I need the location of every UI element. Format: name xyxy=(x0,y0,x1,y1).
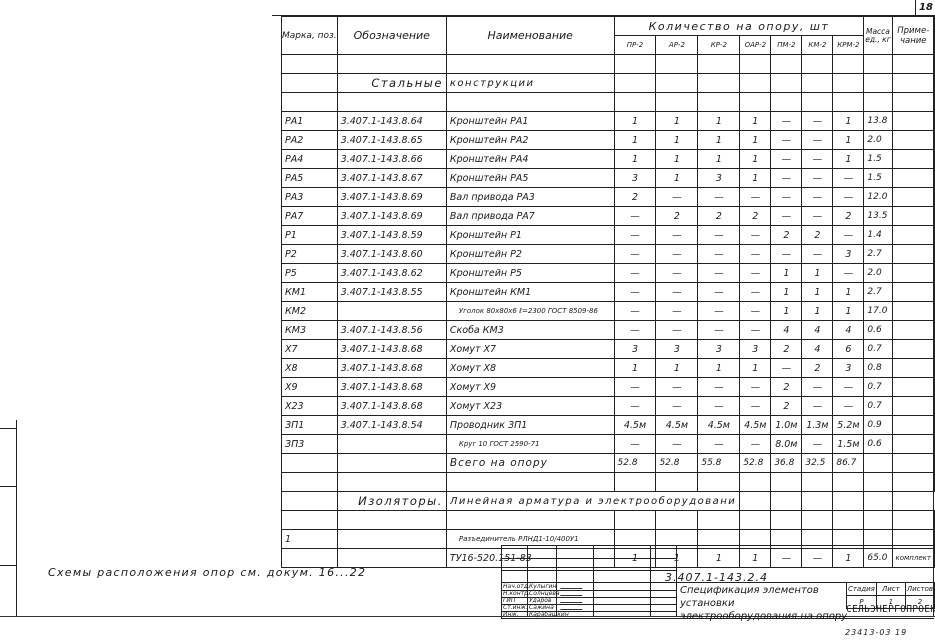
mark-cell: РА5 xyxy=(282,169,338,188)
table-row: Х73.407.1-143.8.68Хомут Х733332460.7 xyxy=(282,340,935,359)
empty-cell xyxy=(337,454,446,473)
qty-cell: — xyxy=(771,131,802,150)
table-row: ЗП3Круг 10 ГОСТ 2590-71————8.0м—1.5м0.6 xyxy=(282,435,935,454)
total-qty-cell: 52.8 xyxy=(656,454,698,473)
empty-cell xyxy=(892,454,935,473)
header-qty-col: ПР-2 xyxy=(614,36,656,55)
qty-cell: 2 xyxy=(614,188,656,207)
note-cell xyxy=(892,302,935,321)
qty-cell: — xyxy=(698,321,740,340)
qty-cell: 2 xyxy=(771,226,802,245)
qty-cell: — xyxy=(740,321,771,340)
mass-cell: 0.7 xyxy=(864,397,892,416)
qty-cell: 1 xyxy=(740,131,771,150)
total-label: Всего на опору xyxy=(446,454,614,473)
empty-cell xyxy=(656,511,698,530)
table-row: КМ13.407.1-143.8.55Кронштейн КМ1————1112… xyxy=(282,283,935,302)
qty-cell: — xyxy=(698,188,740,207)
designation-cell xyxy=(337,435,446,454)
designation-cell xyxy=(337,530,446,549)
name-cell: Хомут Х23 xyxy=(446,397,614,416)
name-cell: Кронштейн РА2 xyxy=(446,131,614,150)
empty-cell xyxy=(864,454,892,473)
note-cell xyxy=(892,283,935,302)
qty-cell: 1 xyxy=(614,131,656,150)
qty-cell: 1 xyxy=(802,302,833,321)
qty-cell: 3 xyxy=(833,245,864,264)
mark-cell: Х23 xyxy=(282,397,338,416)
empty-cell xyxy=(698,74,740,93)
qty-cell: — xyxy=(614,264,656,283)
empty-cell xyxy=(771,492,802,511)
header-mark: Марка, поз. xyxy=(282,17,338,55)
empty-cell xyxy=(864,74,892,93)
signature-role: Нач.отд. xyxy=(503,583,530,590)
signature-name: Ударов xyxy=(529,597,552,604)
qty-cell: 1.0м xyxy=(771,416,802,435)
empty-cell xyxy=(282,93,338,112)
empty-cell xyxy=(698,93,740,112)
name-cell: Кронштейн Р1 xyxy=(446,226,614,245)
qty-cell: 1 xyxy=(740,150,771,169)
qty-cell: — xyxy=(740,245,771,264)
qty-cell: — xyxy=(656,397,698,416)
qty-cell: — xyxy=(740,264,771,283)
qty-cell: 2 xyxy=(833,207,864,226)
qty-cell: 3 xyxy=(833,359,864,378)
qty-cell: 2 xyxy=(771,378,802,397)
qty-cell: 2 xyxy=(771,397,802,416)
qty-cell: — xyxy=(656,283,698,302)
name-cell: Вал привода РА7 xyxy=(446,207,614,226)
qty-cell: — xyxy=(656,378,698,397)
empty-cell xyxy=(740,511,771,530)
qty-cell: 1 xyxy=(740,169,771,188)
mass-cell: 12.0 xyxy=(864,188,892,207)
qty-cell: 1 xyxy=(833,150,864,169)
qty-cell: — xyxy=(614,226,656,245)
designation-cell xyxy=(337,302,446,321)
empty-cell xyxy=(282,492,338,511)
qty-cell: 4.5м xyxy=(614,416,656,435)
qty-cell: 1 xyxy=(771,283,802,302)
qty-cell: — xyxy=(802,397,833,416)
empty-cell xyxy=(740,74,771,93)
qty-cell: 3 xyxy=(614,169,656,188)
note-cell xyxy=(892,207,935,226)
empty-cell xyxy=(337,511,446,530)
qty-cell: 1 xyxy=(802,264,833,283)
empty-cell xyxy=(282,511,338,530)
qty-cell: 4 xyxy=(833,321,864,340)
section-row: Изоляторы.Линейная арматура и электрообо… xyxy=(282,492,935,511)
qty-cell: — xyxy=(802,245,833,264)
mass-cell: 2.7 xyxy=(864,283,892,302)
designation-cell: 3.407.1-143.8.62 xyxy=(337,264,446,283)
designation-cell: 3.407.1-143.8.66 xyxy=(337,150,446,169)
qty-cell: — xyxy=(656,188,698,207)
empty-cell xyxy=(833,55,864,74)
empty-cell xyxy=(446,93,614,112)
table-row: Х83.407.1-143.8.68Хомут Х81111—230.8 xyxy=(282,359,935,378)
qty-cell: 2 xyxy=(698,207,740,226)
qty-cell: 6 xyxy=(833,340,864,359)
name-cell: Кронштейн РА1 xyxy=(446,112,614,131)
empty-cell xyxy=(656,74,698,93)
section-row: Стальныеконструкции xyxy=(282,74,935,93)
table-row: Р13.407.1-143.8.59Кронштейн Р1————22—1.4 xyxy=(282,226,935,245)
empty-cell xyxy=(833,473,864,492)
empty-cell xyxy=(892,74,935,93)
qty-cell: 1 xyxy=(656,359,698,378)
qty-cell: — xyxy=(698,264,740,283)
signature-mark xyxy=(560,591,584,596)
empty-cell xyxy=(614,74,656,93)
qty-cell: — xyxy=(698,245,740,264)
qty-cell: 1 xyxy=(833,302,864,321)
qty-cell: — xyxy=(833,188,864,207)
qty-cell: 4 xyxy=(771,321,802,340)
mark-cell: Х8 xyxy=(282,359,338,378)
qty-cell: 1 xyxy=(771,302,802,321)
qty-cell: 1 xyxy=(740,112,771,131)
header-qty-col: КР-2 xyxy=(698,36,740,55)
signature-row: Инж.Карабашкин xyxy=(501,611,676,619)
empty-cell xyxy=(614,93,656,112)
empty-cell xyxy=(864,93,892,112)
mass-cell: 2.7 xyxy=(864,245,892,264)
qty-cell: 1 xyxy=(833,131,864,150)
name-cell: Хомут Х7 xyxy=(446,340,614,359)
mass-cell: 0.6 xyxy=(864,321,892,340)
name-cell: Вал привода РА3 xyxy=(446,188,614,207)
empty-cell xyxy=(892,473,935,492)
empty-cell xyxy=(833,492,864,511)
qty-cell: 1 xyxy=(833,283,864,302)
footnote: Схемы расположения опор см. докум. 16...… xyxy=(48,566,366,579)
qty-cell: 2 xyxy=(802,359,833,378)
table-row: РА53.407.1-143.8.67Кронштейн РА53131———1… xyxy=(282,169,935,188)
empty-cell xyxy=(864,55,892,74)
qty-cell: — xyxy=(698,378,740,397)
qty-cell: — xyxy=(614,283,656,302)
section-title-left: Изоляторы. xyxy=(337,492,446,511)
empty-cell xyxy=(740,492,771,511)
empty-cell xyxy=(656,473,698,492)
header-qty-col: ПМ-2 xyxy=(771,36,802,55)
qty-cell: — xyxy=(614,321,656,340)
note-cell xyxy=(892,340,935,359)
qty-cell: — xyxy=(698,283,740,302)
header-qty-col: ОАР-2 xyxy=(740,36,771,55)
mass-cell: 17.0 xyxy=(864,302,892,321)
designation-cell: 3.407.1-143.8.68 xyxy=(337,378,446,397)
mark-cell xyxy=(282,549,338,568)
total-qty-cell: 86.7 xyxy=(833,454,864,473)
empty-cell xyxy=(802,55,833,74)
qty-cell: — xyxy=(802,150,833,169)
mass-cell: 2.0 xyxy=(864,131,892,150)
signature-mark xyxy=(560,584,584,589)
table-row: РА73.407.1-143.8.69Вал привода РА7—222——… xyxy=(282,207,935,226)
designation-cell: 3.407.1-143.8.65 xyxy=(337,131,446,150)
total-row: Всего на опору52.852.855.852.836.832.586… xyxy=(282,454,935,473)
name-cell: Проводник ЗП1 xyxy=(446,416,614,435)
qty-cell: 2 xyxy=(656,207,698,226)
qty-cell: 2 xyxy=(802,226,833,245)
empty-cell xyxy=(771,74,802,93)
mark-cell: КМ1 xyxy=(282,283,338,302)
note-cell xyxy=(892,397,935,416)
mass-cell: 0.8 xyxy=(864,359,892,378)
mark-cell: КМ2 xyxy=(282,302,338,321)
qty-cell: — xyxy=(656,264,698,283)
table-row: ЗП13.407.1-143.8.54Проводник ЗП14.5м4.5м… xyxy=(282,416,935,435)
empty-row xyxy=(282,511,935,530)
qty-cell: 3 xyxy=(740,340,771,359)
designation-cell: 3.407.1-143.8.68 xyxy=(337,340,446,359)
qty-cell: — xyxy=(833,226,864,245)
mass-cell: 2.0 xyxy=(864,264,892,283)
note-cell xyxy=(892,435,935,454)
qty-cell: 1 xyxy=(698,112,740,131)
qty-cell: 1 xyxy=(740,359,771,378)
section-title-right: Линейная арматура и электрооборудовани xyxy=(446,492,739,511)
table-row: РА33.407.1-143.8.69Вал привода РА32—————… xyxy=(282,188,935,207)
name-cell: Уголок 80х80х6 ℓ=2300 ГОСТ 8509-86 xyxy=(446,302,614,321)
header-qty-col: КМ-2 xyxy=(802,36,833,55)
qty-cell: 1.5м xyxy=(833,435,864,454)
qty-cell: — xyxy=(802,131,833,150)
name-cell: Кронштейн Р2 xyxy=(446,245,614,264)
qty-cell: 1 xyxy=(656,112,698,131)
empty-cell xyxy=(614,55,656,74)
total-qty-cell: 55.8 xyxy=(698,454,740,473)
name-cell: Хомут Х8 xyxy=(446,359,614,378)
empty-cell xyxy=(864,473,892,492)
empty-cell xyxy=(282,473,338,492)
empty-row xyxy=(282,473,935,492)
qty-cell: — xyxy=(802,207,833,226)
qty-cell: — xyxy=(771,359,802,378)
qty-cell: 8.0м xyxy=(771,435,802,454)
empty-cell xyxy=(337,55,446,74)
qty-cell: 1 xyxy=(614,150,656,169)
empty-cell xyxy=(833,74,864,93)
note-cell xyxy=(892,112,935,131)
note-cell xyxy=(892,321,935,340)
table-row: Х93.407.1-143.8.68Хомут Х9————2——0.7 xyxy=(282,378,935,397)
header-name: Наименование xyxy=(446,17,614,55)
total-qty-cell: 52.8 xyxy=(614,454,656,473)
qty-cell: — xyxy=(656,302,698,321)
signature-mark xyxy=(560,598,584,603)
qty-cell: — xyxy=(771,169,802,188)
designation-cell: 3.407.1-143.8.55 xyxy=(337,283,446,302)
header-qty-col: АР-2 xyxy=(656,36,698,55)
header-quantity: Количество на опору, шт xyxy=(614,17,864,36)
drawing-title: Спецификация элементов установки электро… xyxy=(676,584,854,624)
note-cell xyxy=(892,131,935,150)
qty-cell: — xyxy=(802,188,833,207)
designation-cell: 3.407.1-143.8.64 xyxy=(337,112,446,131)
designation-cell: 3.407.1-143.8.59 xyxy=(337,226,446,245)
empty-cell xyxy=(892,511,935,530)
qty-cell: — xyxy=(833,378,864,397)
mass-cell: 1.4 xyxy=(864,226,892,245)
qty-cell: — xyxy=(771,150,802,169)
mark-cell: РА4 xyxy=(282,150,338,169)
designation-cell: 3.407.1-143.8.67 xyxy=(337,169,446,188)
empty-cell xyxy=(802,93,833,112)
designation-cell: 3.407.1-143.8.60 xyxy=(337,245,446,264)
empty-cell xyxy=(614,473,656,492)
designation-cell: 3.407.1-143.8.69 xyxy=(337,188,446,207)
qty-cell: 1 xyxy=(614,112,656,131)
name-cell: Кронштейн РА4 xyxy=(446,150,614,169)
organization-name: СЕЛЬЭНЕРГОПРОЕКТ xyxy=(846,604,933,615)
mark-cell: ЗП1 xyxy=(282,416,338,435)
signature-role: ГИП xyxy=(503,597,515,604)
qty-cell: — xyxy=(740,283,771,302)
qty-cell: — xyxy=(656,245,698,264)
section-title-right: конструкции xyxy=(446,74,614,93)
empty-cell xyxy=(282,454,338,473)
designation-cell: 3.407.1-143.8.56 xyxy=(337,321,446,340)
qty-cell: — xyxy=(740,397,771,416)
header-note: Приме-чание xyxy=(892,17,935,55)
mark-cell: Р2 xyxy=(282,245,338,264)
qty-cell: — xyxy=(656,226,698,245)
table-row: РА23.407.1-143.8.65Кронштейн РА21111——12… xyxy=(282,131,935,150)
name-cell: Круг 10 ГОСТ 2590-71 xyxy=(446,435,614,454)
empty-cell xyxy=(740,473,771,492)
mark-cell: РА7 xyxy=(282,207,338,226)
empty-cell xyxy=(892,93,935,112)
qty-cell: — xyxy=(614,245,656,264)
qty-cell: — xyxy=(771,188,802,207)
qty-cell: 3 xyxy=(698,169,740,188)
mass-cell: 0.6 xyxy=(864,435,892,454)
qty-cell: — xyxy=(614,378,656,397)
qty-cell: 2 xyxy=(771,340,802,359)
empty-cell xyxy=(771,55,802,74)
header-qty-col: КРМ-2 xyxy=(833,36,864,55)
note-cell xyxy=(892,226,935,245)
qty-cell: 4.5м xyxy=(740,416,771,435)
mark-cell: РА1 xyxy=(282,112,338,131)
qty-cell: — xyxy=(656,321,698,340)
stage-label: Стадия xyxy=(847,583,877,596)
table-row: РА13.407.1-143.8.64Кронштейн РА11111——11… xyxy=(282,112,935,131)
document-code: 3.407.1-143.2.4 xyxy=(665,571,768,584)
empty-cell xyxy=(771,473,802,492)
note-cell xyxy=(892,378,935,397)
mass-cell: 0.7 xyxy=(864,378,892,397)
mark-cell: Р1 xyxy=(282,226,338,245)
qty-cell: 1 xyxy=(698,131,740,150)
qty-cell: — xyxy=(740,302,771,321)
empty-cell xyxy=(698,55,740,74)
qty-cell: — xyxy=(614,207,656,226)
total-qty-cell: 32.5 xyxy=(802,454,833,473)
qty-cell: 1 xyxy=(802,283,833,302)
header-designation: Обозначение xyxy=(337,17,446,55)
qty-cell: — xyxy=(614,435,656,454)
empty-cell xyxy=(337,473,446,492)
mark-cell: Х9 xyxy=(282,378,338,397)
qty-cell: — xyxy=(698,302,740,321)
qty-cell: 4 xyxy=(802,321,833,340)
total-qty-cell: 36.8 xyxy=(771,454,802,473)
empty-cell xyxy=(864,492,892,511)
empty-cell xyxy=(282,55,338,74)
sheets-label: Листов xyxy=(905,583,934,596)
empty-row xyxy=(282,93,935,112)
qty-cell: — xyxy=(833,397,864,416)
note-cell xyxy=(892,416,935,435)
section-title-left: Стальные xyxy=(337,74,446,93)
empty-cell xyxy=(656,55,698,74)
qty-cell: 1 xyxy=(656,169,698,188)
qty-cell: — xyxy=(771,207,802,226)
signature-role: Ст.инж. xyxy=(503,604,528,611)
empty-cell xyxy=(446,511,614,530)
qty-cell: — xyxy=(740,188,771,207)
empty-cell xyxy=(740,55,771,74)
qty-cell: — xyxy=(698,226,740,245)
qty-cell: — xyxy=(614,302,656,321)
designation-cell: 3.407.1-143.8.68 xyxy=(337,359,446,378)
qty-cell: 1 xyxy=(771,264,802,283)
note-cell xyxy=(892,264,935,283)
name-cell: Кронштейн Р5 xyxy=(446,264,614,283)
qty-cell: — xyxy=(802,169,833,188)
signature-name: Солнцева xyxy=(529,590,560,597)
signature-mark xyxy=(560,612,584,617)
empty-cell xyxy=(614,511,656,530)
signature-name: Сажина xyxy=(529,604,554,611)
signature-mark xyxy=(560,605,584,610)
designation-cell: 3.407.1-143.8.68 xyxy=(337,397,446,416)
qty-cell: — xyxy=(740,226,771,245)
mark-cell: РА3 xyxy=(282,188,338,207)
sheet-label: Лист xyxy=(876,583,905,596)
name-cell: Хомут Х9 xyxy=(446,378,614,397)
note-cell xyxy=(892,359,935,378)
qty-cell: — xyxy=(771,245,802,264)
qty-cell: 1 xyxy=(656,150,698,169)
mass-cell: 0.9 xyxy=(864,416,892,435)
empty-row xyxy=(282,55,935,74)
mass-cell: 1.5 xyxy=(864,169,892,188)
qty-cell: — xyxy=(802,112,833,131)
mark-cell: 1 xyxy=(282,530,338,549)
qty-cell: — xyxy=(614,397,656,416)
note-cell xyxy=(892,245,935,264)
qty-cell: 3 xyxy=(656,340,698,359)
qty-cell: 1 xyxy=(698,359,740,378)
empty-cell xyxy=(802,473,833,492)
mark-cell: РА2 xyxy=(282,131,338,150)
qty-cell: — xyxy=(656,435,698,454)
table-row: Р23.407.1-143.8.60Кронштейн Р2——————32.7 xyxy=(282,245,935,264)
binding-strip xyxy=(0,420,17,616)
name-cell: Скоба КМ3 xyxy=(446,321,614,340)
qty-cell: — xyxy=(740,378,771,397)
qty-cell: 5.2м xyxy=(833,416,864,435)
designation-cell xyxy=(337,549,446,568)
